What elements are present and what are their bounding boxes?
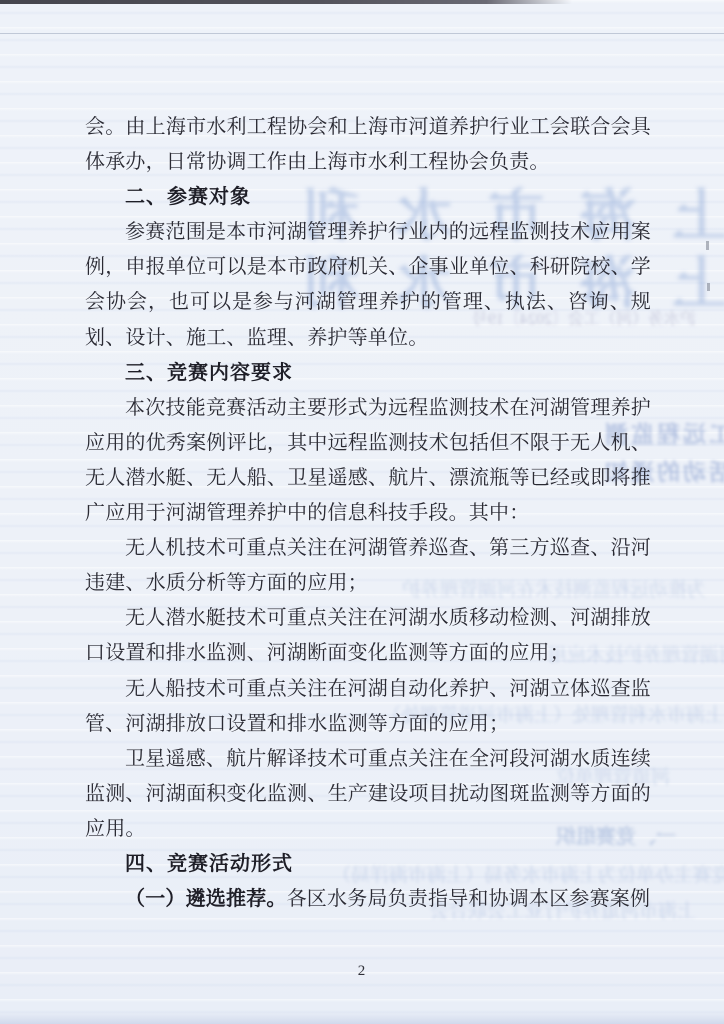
body-paragraph: 本次技能竞赛活动主要形式为远程监测技术在河湖管理养护应用的优秀案例评比，其中远程… — [85, 391, 651, 531]
scan-edge-artifact — [0, 0, 572, 4]
lead-paragraph-text: 各区水务局负责指导和协调本区参赛案例 — [287, 888, 651, 910]
section-heading-3: 三、竞赛内容要求 — [85, 356, 651, 391]
section-heading-4: 四、竞赛活动形式 — [85, 847, 651, 882]
body-paragraph: 卫星遥感、航片解译技术可重点关注在全河段河湖水质连续监测、河湖面积变化监测、生产… — [85, 742, 651, 847]
body-paragraph: 参赛范围是本市河湖管理养护行业内的远程监测技术应用案例，申报单位可以是本市政府机… — [85, 215, 651, 355]
lead-label: （一）遴选推荐。 — [125, 888, 287, 910]
body-paragraph: 无人机技术可重点关注在河湖管养巡查、第三方巡查、沿河违建、水质分析等方面的应用； — [85, 531, 651, 601]
continuation-paragraph: 会。由上海市水利工程协会和上海市河道养护行业工会联合会具体承办，日常协调工作由上… — [85, 110, 651, 180]
scan-speck-artifact — [707, 283, 710, 291]
scanned-document-page: 上海市水利 上海市水利 沪水务（河）工会〔2024〕19号 关于开展河湖管理养护… — [0, 0, 724, 1024]
lead-paragraph: （一）遴选推荐。各区水务局负责指导和协调本区参赛案例 — [85, 882, 651, 917]
section-heading-2: 二、参赛对象 — [85, 180, 651, 215]
body-paragraph: 无人潜水艇技术可重点关注在河湖水质移动检测、河湖排放口设置和排水监测、河湖断面变… — [85, 601, 651, 671]
body-paragraph: 无人船技术可重点关注在河湖自动化养护、河湖立体巡查监管、河湖排放口设置和排水监测… — [85, 672, 651, 742]
scan-line-artifact — [0, 33, 724, 34]
page-number: 2 — [0, 963, 724, 980]
scan-speck-artifact — [706, 241, 709, 250]
document-body: 会。由上海市水利工程协会和上海市河道养护行业工会联合会具体承办，日常协调工作由上… — [85, 110, 651, 917]
